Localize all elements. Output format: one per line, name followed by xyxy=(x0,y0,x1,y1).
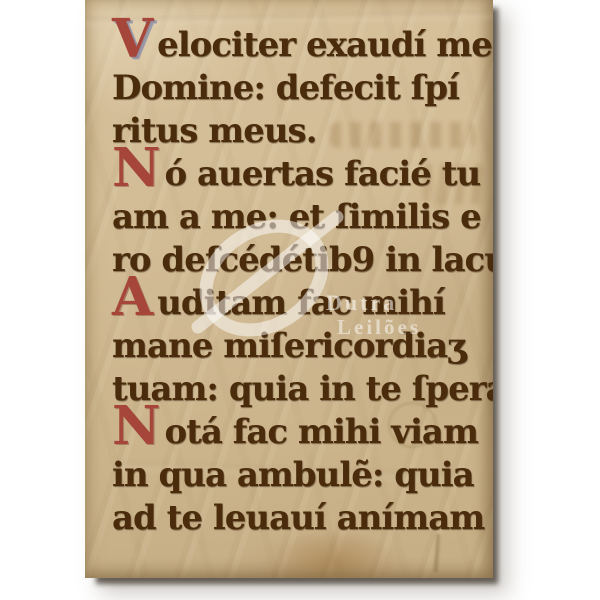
manuscript-line: Velociter exaudí me xyxy=(112,26,492,66)
manuscript-text: otá fac mihi viam xyxy=(164,412,478,452)
manuscript-text: elociter exaudí me xyxy=(157,25,492,65)
manuscript-text: ro deſcédétib9 in lacú. xyxy=(112,240,493,280)
manuscript-leaf-photo: Velociter exaudí me Domine: defecit ſpí … xyxy=(85,0,493,578)
manuscript-line: mane miſericordiaʒ xyxy=(112,327,466,365)
manuscript-text: ad te leuauí anímam xyxy=(112,498,484,538)
manuscript-text: ó auertas facié tu xyxy=(164,154,480,194)
illuminated-initial: V xyxy=(112,19,153,59)
manuscript-text: am a me: et ſimilis e xyxy=(112,197,481,237)
manuscript-line: ad te leuauí anímam xyxy=(112,499,484,537)
illuminated-initial: A xyxy=(112,277,153,317)
manuscript-line: Domine: defecit ſpí xyxy=(112,69,459,107)
manuscript-text: in qua ambulẽ: quia xyxy=(112,455,474,495)
manuscript-line: ro deſcédétib9 in lacú. xyxy=(112,241,493,279)
manuscript-text: Domine: defecit ſpí xyxy=(112,68,459,108)
manuscript-line: in qua ambulẽ: quia xyxy=(112,456,474,494)
manuscript-text: mane miſericordiaʒ xyxy=(112,326,466,366)
manuscript-text: uditam fac mihí xyxy=(157,283,445,323)
auction-photo-canvas: Velociter exaudí me Domine: defecit ſpí … xyxy=(0,0,600,600)
manuscript-text: tuam: quia in te ſperaú xyxy=(112,369,493,409)
manuscript-line: Nó auertas facié tu xyxy=(112,155,480,195)
illuminated-initial: N xyxy=(112,406,160,446)
scratch-mark xyxy=(434,534,441,572)
ink-bleedthrough xyxy=(330,122,475,148)
manuscript-line: tuam: quia in te ſperaú xyxy=(112,370,493,408)
manuscript-line: Auditam fac mihí xyxy=(112,284,445,324)
manuscript-line: am a me: et ſimilis e xyxy=(112,198,481,236)
manuscript-line: Notá fac mihi viam xyxy=(112,413,478,453)
illuminated-initial: N xyxy=(112,148,160,188)
